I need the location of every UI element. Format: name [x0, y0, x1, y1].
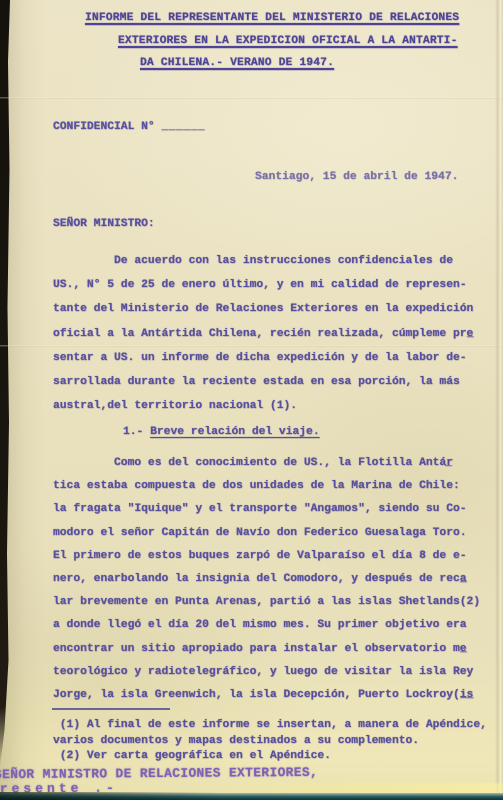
typed-line: tica estaba compuesta de dos unidades de… [53, 475, 480, 498]
typed-line: a donde llegó el día 20 del mismo mes. S… [53, 614, 480, 637]
addressee-stamp-line-1: SEÑOR MINISTRO DE RELACIONES EXTERIORES, [0, 765, 318, 782]
paragraph-2: Como es del conocimiento de US., la Flot… [53, 452, 480, 707]
typed-line: El primero de estos buques zarpó de Valp… [53, 545, 480, 568]
typed-line: sentar a US. un informe de dicha expedic… [53, 346, 473, 370]
footnotes: (1) Al final de este informe se insertan… [53, 718, 487, 765]
typed-line: encontrar un sitio apropiado para instal… [53, 638, 480, 661]
confidential-blank: ______ [161, 121, 205, 133]
typed-line: lar brevemente en Punta Arenas, partió a… [53, 591, 480, 614]
scan-left-border [0, 0, 10, 768]
typed-line: (1) Al final de este informe se insertan… [53, 718, 487, 734]
salutation: SEÑOR MINISTRO: [53, 218, 155, 230]
section-heading: 1.- Breve relación del viaje. [123, 426, 320, 438]
typed-line: austral,del territorio nacional (1). [53, 394, 473, 418]
typed-line: teorológico y radiotelegráfico, y luego … [53, 661, 480, 684]
document-title-line-2: EXTERIORES EN LA EXPEDICION OFICIAL A LA… [118, 35, 458, 47]
section-heading-text: Breve relación del viaje. [150, 426, 319, 438]
typed-line: Como es del conocimiento de US., la Flot… [53, 452, 480, 475]
scanned-document-page: INFORME DEL REPRESENTANTE DEL MINISTERIO… [0, 0, 503, 800]
document-title-line-3: DA CHILENA.- VERANO DE 1947. [140, 57, 334, 69]
scan-bottom-border-shade [0, 792, 226, 800]
typed-line: US., N° 5 de 25 de enero último, y en mi… [53, 273, 473, 297]
section-heading-number: 1.- [123, 426, 150, 438]
typed-line: nero, enarbolando la insignia del Comodo… [53, 568, 480, 591]
footnote-separator-rule [52, 708, 170, 710]
typed-line: sarrollada durante la reciente estada en… [53, 370, 473, 394]
typed-line: modoro el señor Capitán de Navío don Fed… [53, 522, 480, 545]
paragraph-1: De acuerdo con las instrucciones confide… [53, 249, 473, 418]
dateline: Santiago, 15 de abril de 1947. [255, 171, 458, 183]
paper-right-edge [495, 0, 503, 800]
typed-line: varios documentos y mapas destinados a s… [53, 734, 487, 750]
confidential-number-line: CONFIDENCIAL N° ______ [53, 121, 205, 133]
typed-line: (2) Ver carta geográfica en el Apéndice. [53, 749, 487, 765]
typed-line: De acuerdo con las instrucciones confide… [53, 249, 473, 273]
typed-line: oficial a la Antártida Chilena, recién r… [53, 322, 473, 346]
typed-line: Jorge, la isla Greenwich, la isla Decepc… [53, 684, 480, 707]
typed-line: la fragata "Iquique" y el transporte "An… [53, 498, 480, 521]
paper-crease [0, 97, 503, 99]
typed-line: tante del Ministerio de Relaciones Exter… [53, 297, 473, 321]
document-title-line-1: INFORME DEL REPRESENTANTE DEL MINISTERIO… [85, 12, 459, 24]
confidential-label: CONFIDENCIAL N° [53, 121, 161, 133]
